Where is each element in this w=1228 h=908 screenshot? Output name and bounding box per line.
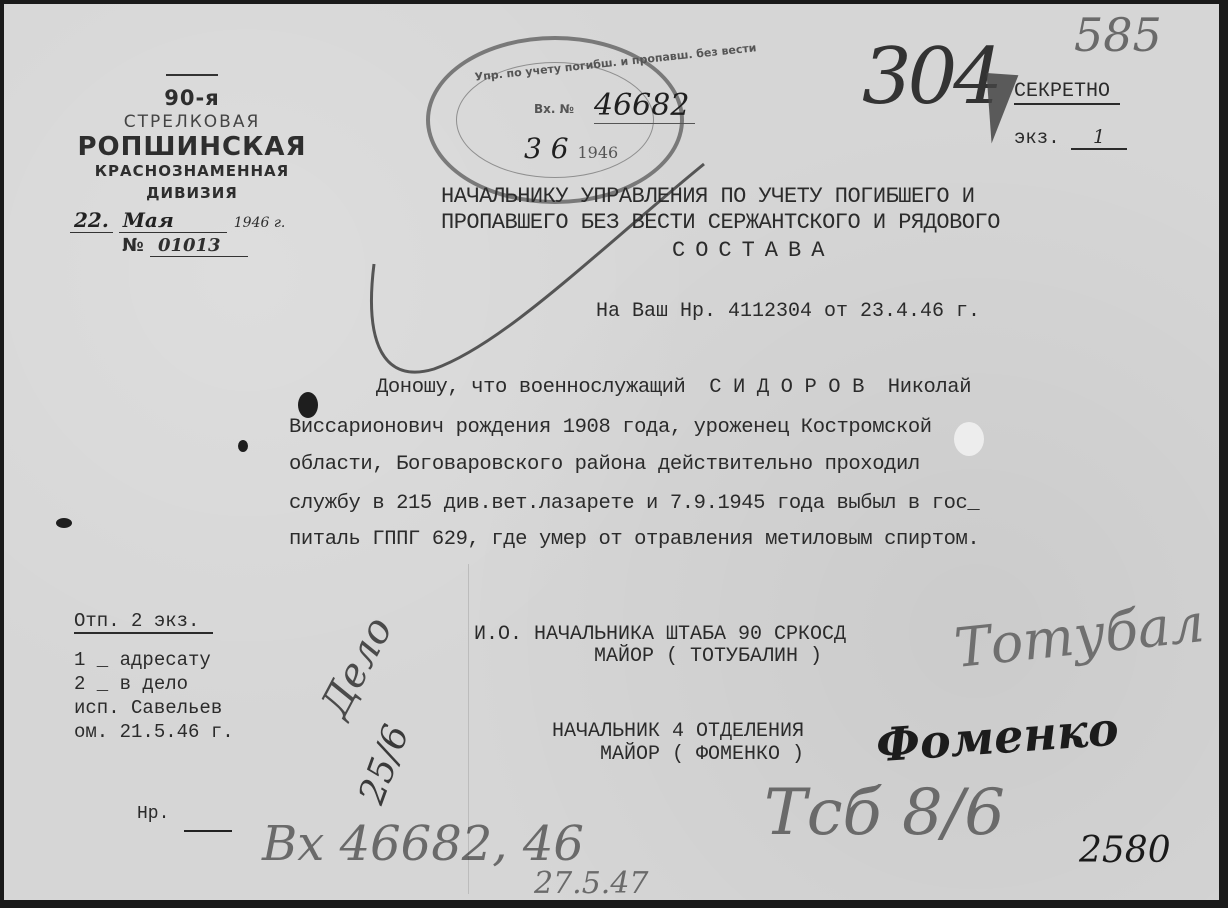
addressee-line-2: ПРОПАВШЕГО БЕЗ ВЕСТИ СЕРЖАНТСКОГО И РЯДО…	[441, 210, 1219, 235]
copies-item-2: 2 _ в дело	[74, 673, 188, 695]
resolution-note: Тсб 8/6	[764, 776, 1005, 850]
body-line-5: питаль ГППГ 629, где умер от отравления …	[289, 528, 979, 551]
registration-note: Вх 46682, 46	[262, 816, 584, 872]
body-line-2: Виссарионович рождения 1908 года, урожен…	[289, 416, 932, 439]
signature-1-title: И.О. НАЧАЛЬНИКА ШТАБА 90 СРКОСД	[474, 623, 846, 646]
stamp-number-label: №	[122, 235, 144, 256]
body-line-1: Доношу, что военнослужащий С И Д О Р О В…	[376, 376, 971, 399]
copies-executor: исп. Савельев	[74, 697, 222, 719]
addressee-line-1: НАЧАЛЬНИКУ УПРАВЛЕНИЯ ПО УЧЕТУ ПОГИБШЕГО…	[441, 184, 1219, 209]
paper-damage	[954, 422, 984, 456]
oval-stamp-incoming-number: 46682	[594, 88, 695, 124]
stamp-date-day: 22.	[70, 208, 113, 233]
bottom-number: 2580	[1079, 830, 1171, 871]
addressee-line-3: СОСТАВА	[672, 238, 1219, 263]
signature-2-handwritten: Фоменко	[874, 702, 1120, 773]
copies-item-1: 1 _ адресату	[74, 649, 211, 671]
ink-blot	[298, 392, 318, 418]
check-mark-icon	[364, 144, 724, 384]
handwritten-crossed-number: 304	[862, 32, 999, 122]
signature-1-handwritten: Тотубал	[951, 591, 1207, 680]
signature-2-name: МАЙОР ( ФОМЕНКО )	[600, 743, 804, 766]
copies-header: Отп. 2 экз.	[74, 610, 213, 634]
reference-line: На Ваш Нр. 4112304 от 23.4.46 г.	[596, 300, 980, 323]
stamp-number: № 01013	[52, 235, 332, 257]
stamp-date-month: Мая	[119, 208, 227, 233]
copy-value: 1	[1071, 126, 1127, 150]
body-line-4: службу в 215 див.вет.лазарете и 7.9.1945…	[289, 492, 979, 515]
outgoing-label: Нр.	[137, 804, 169, 824]
stamp-line-2: СТРЕЛКОВАЯ	[52, 112, 332, 132]
document-page: 90-я СТРЕЛКОВАЯ РОПШИНСКАЯ КРАСНОЗНАМЕНН…	[4, 4, 1219, 900]
stamp-rule	[166, 74, 218, 76]
checkmark-v-icon	[982, 73, 1019, 145]
signature-2-title: НАЧАЛЬНИК 4 ОТДЕЛЕНИЯ	[552, 720, 804, 743]
punch-hole-mark	[56, 518, 72, 528]
division-stamp: 90-я СТРЕЛКОВАЯ РОПШИНСКАЯ КРАСНОЗНАМЕНН…	[52, 74, 332, 257]
body-line-3: области, Боговаровского района действите…	[289, 453, 920, 476]
margin-date: 25/6	[351, 720, 417, 810]
copy-label: экз.	[1014, 127, 1060, 149]
registration-subnote: 27.5.47	[534, 866, 649, 900]
classification-label: СЕКРЕТНО	[1014, 80, 1120, 105]
fold-line	[468, 564, 469, 894]
outgoing-blank-line	[184, 830, 232, 832]
stamp-line-1: 90-я	[52, 86, 332, 110]
copies-typed: ом. 21.5.46 г.	[74, 721, 234, 743]
stamp-line-4: КРАСНОЗНАМЕННАЯ	[52, 162, 332, 180]
stamp-date: 22.Мая 1946 г.	[52, 208, 332, 233]
ink-blot	[238, 440, 248, 452]
signature-1-name: МАЙОР ( ТОТУБАЛИН )	[594, 645, 822, 668]
oval-stamp-incoming-label: Вх. №	[534, 102, 574, 116]
stamp-line-5: ДИВИЗИЯ	[52, 184, 332, 202]
stamp-number-value: 01013	[150, 235, 248, 257]
copy-number: экз. 1	[1014, 126, 1127, 150]
margin-note: Дело	[312, 610, 402, 725]
stamp-date-year: 1946 г.	[234, 215, 286, 231]
handwritten-number: 585	[1074, 8, 1162, 62]
stamp-line-3: РОПШИНСКАЯ	[52, 132, 332, 162]
